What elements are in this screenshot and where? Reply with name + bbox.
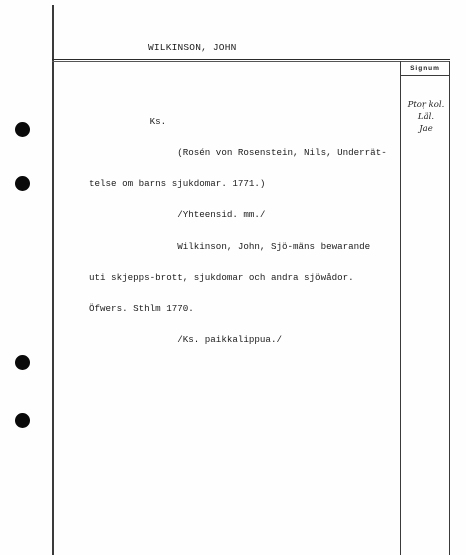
handwriting-line: Läl. [403, 111, 449, 123]
body-line: /Yhteensid. mm./ [89, 210, 387, 220]
punch-hole-icon [15, 413, 30, 428]
body-line: (Rosén von Rosenstein, Nils, Underrät- [89, 148, 387, 158]
signum-handwriting: Ptoŗ kol. Läl. Jae [403, 99, 449, 135]
heading-rule [52, 59, 450, 62]
card-heading: WILKINSON, JOHN [148, 42, 237, 53]
body-line: Wilkinson, John, Sjö-mäns bewarande [89, 242, 387, 252]
card-body: Ks. (Rosén von Rosenstein, Nils, Underrä… [89, 96, 387, 367]
signum-column-right-border [449, 61, 450, 555]
handwriting-line: Ptoŗ kol. [403, 99, 449, 111]
body-line: telse om barns sjukdomar. 1771.) [89, 179, 387, 189]
punch-hole-icon [15, 176, 30, 191]
punch-hole-icon [15, 122, 30, 137]
left-margin-line [52, 5, 54, 555]
catalog-card: WILKINSON, JOHN Signum Ks. (Rosén von Ro… [0, 0, 466, 555]
handwriting-line: Jae [403, 123, 449, 135]
signum-column-left-border [400, 61, 401, 555]
body-line: Ks. [89, 117, 387, 127]
body-line: /Ks. paikkalippua./ [89, 335, 387, 345]
body-line: uti skjepps-brott, sjukdomar och andra s… [89, 273, 387, 283]
signum-header: Signum [401, 62, 449, 76]
body-line: Öfwers. Sthlm 1770. [89, 304, 387, 314]
punch-hole-icon [15, 355, 30, 370]
